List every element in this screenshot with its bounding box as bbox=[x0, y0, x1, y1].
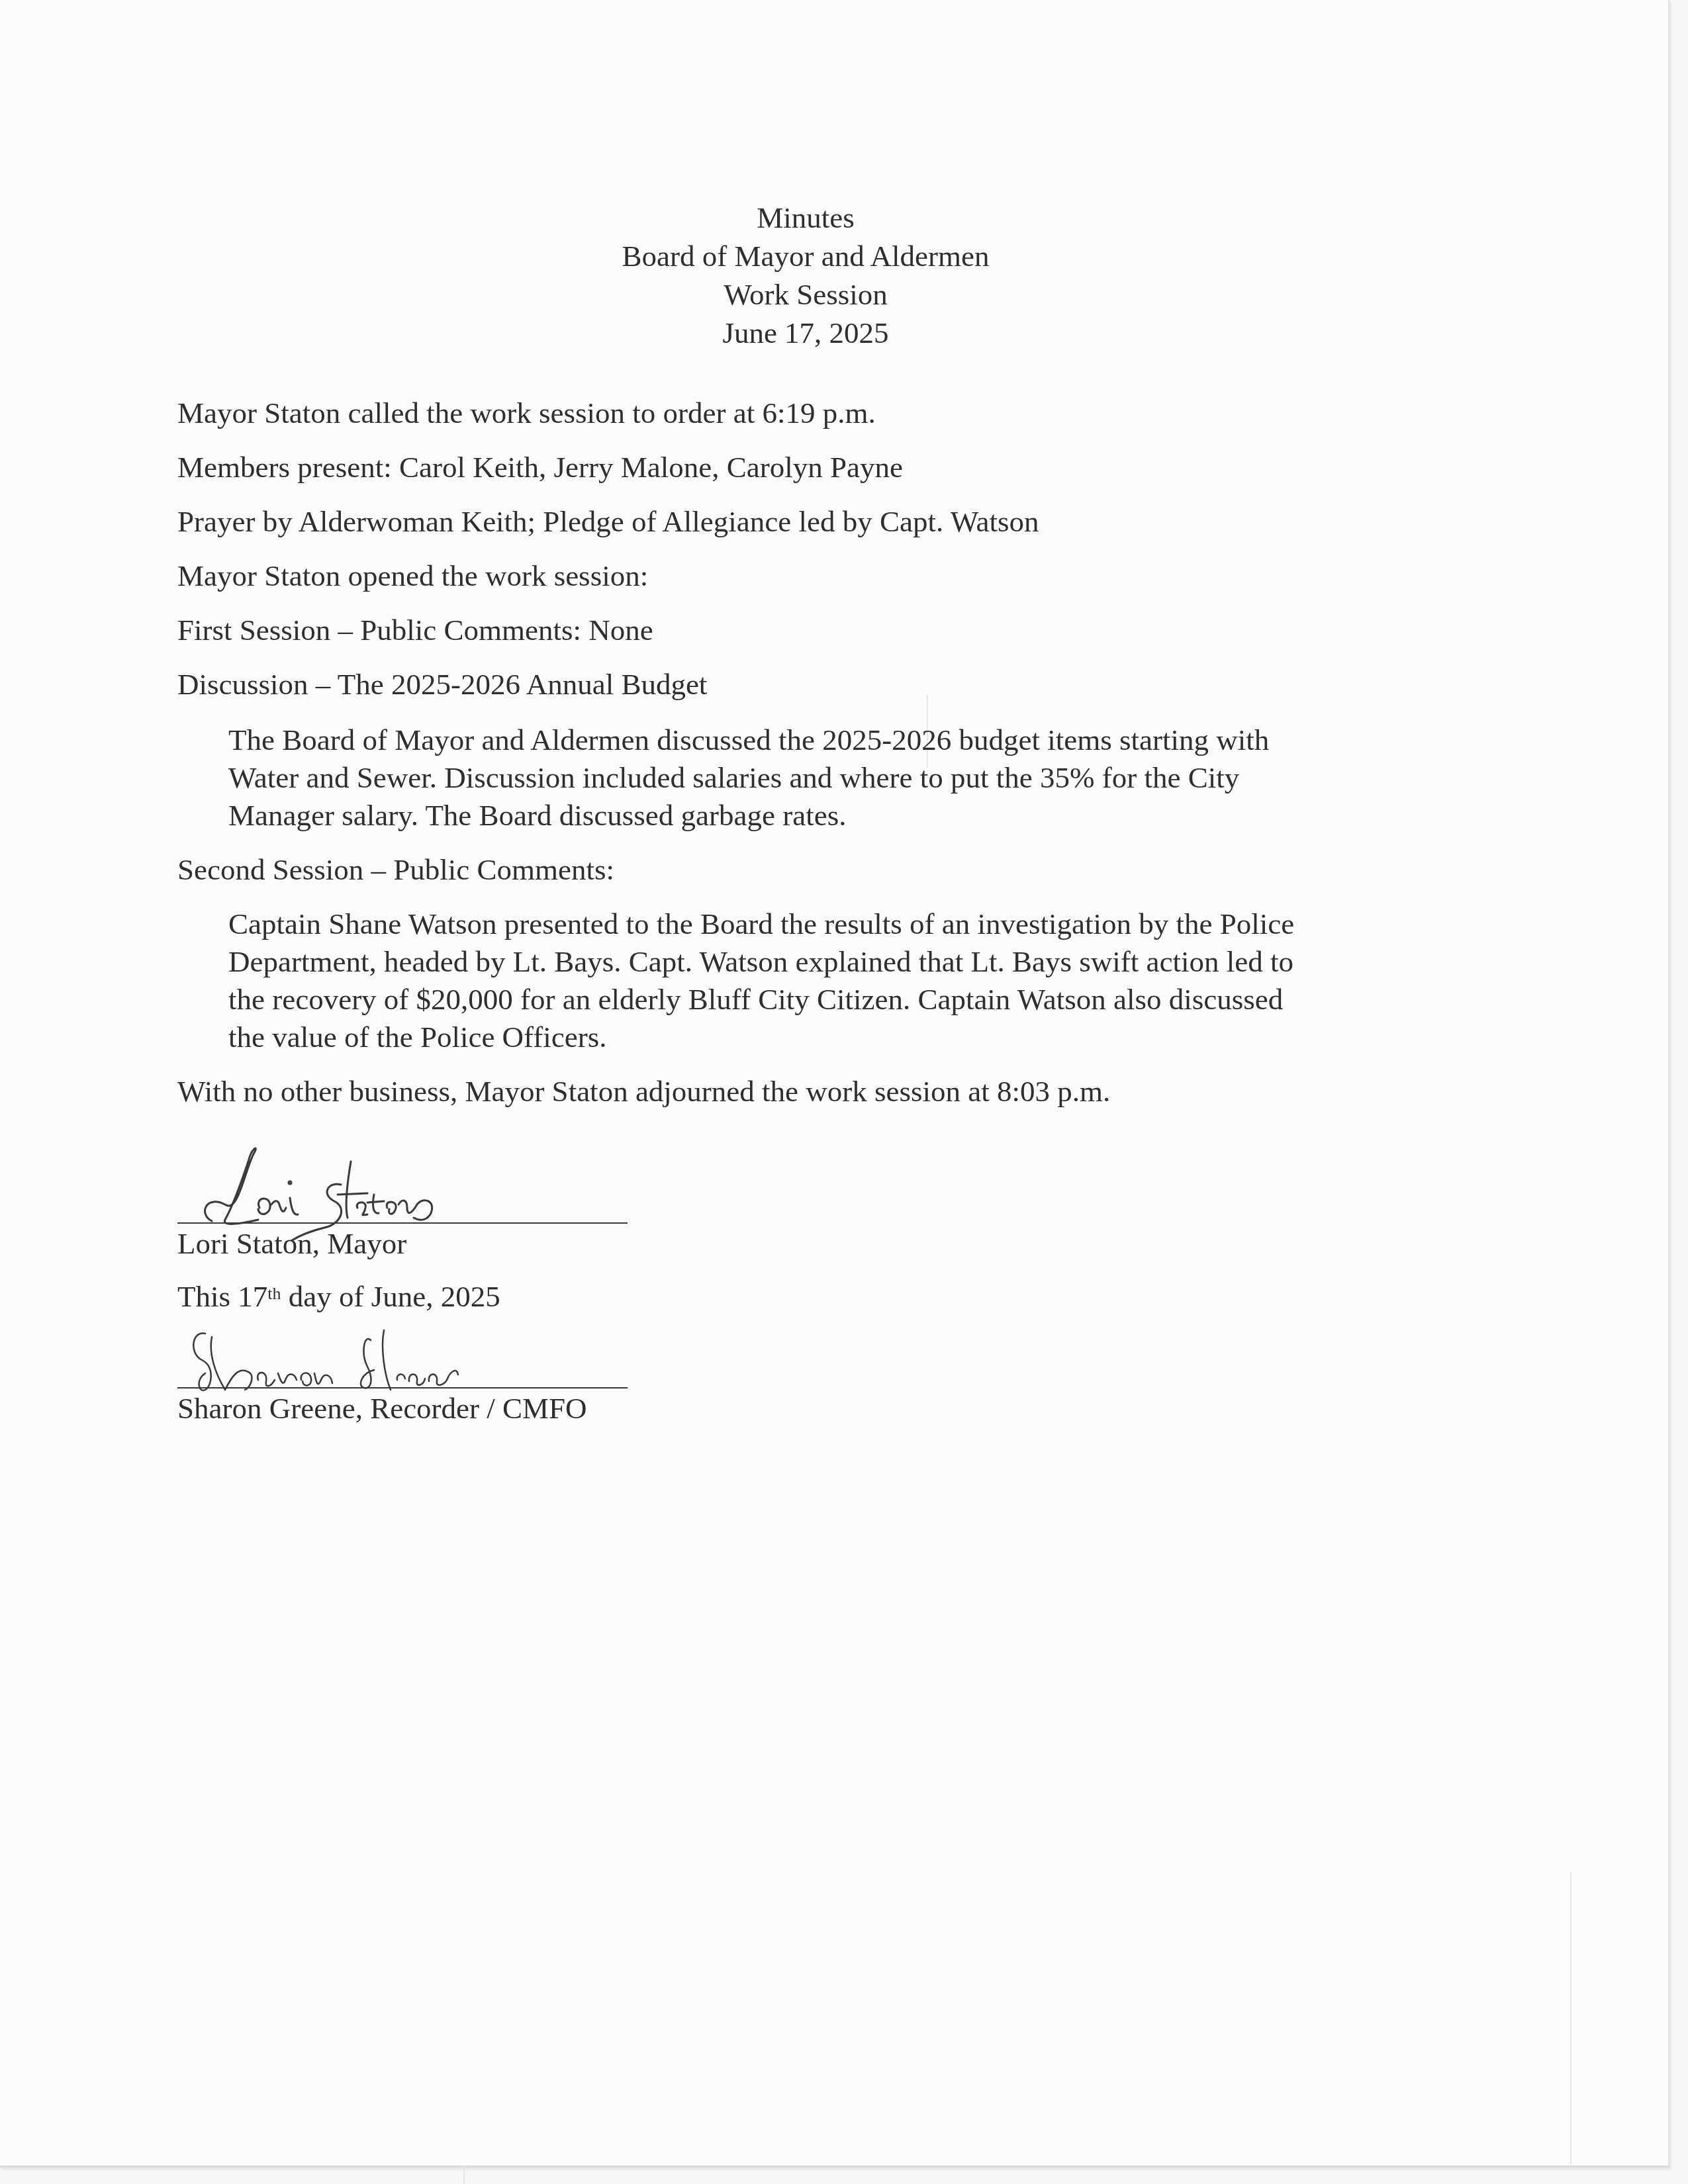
date-suffix: day of June, 2025 bbox=[281, 1280, 500, 1313]
call-to-order: Mayor Staton called the work session to … bbox=[177, 394, 876, 432]
adjournment: With no other business, Mayor Staton adj… bbox=[177, 1072, 1110, 1111]
recorder-signature-line bbox=[177, 1387, 628, 1388]
discussion-paragraph: The Board of Mayor and Aldermen discusse… bbox=[228, 721, 1440, 835]
paragraph-line: the recovery of $20,000 for an elderly B… bbox=[228, 981, 1440, 1019]
header-title: Minutes bbox=[0, 199, 1611, 237]
paragraph-line: Captain Shane Watson presented to the Bo… bbox=[228, 905, 1440, 943]
recorder-name-title: Sharon Greene, Recorder / CMFO bbox=[177, 1389, 587, 1428]
header-session-type: Work Session bbox=[0, 275, 1611, 314]
paragraph-line: the value of the Police Officers. bbox=[228, 1019, 1440, 1056]
scan-artifact-line bbox=[463, 2165, 465, 2184]
mayor-signature-line bbox=[177, 1222, 628, 1224]
mayor-name-title: Lori Staton, Mayor bbox=[177, 1224, 406, 1263]
first-session-heading: First Session – Public Comments: None bbox=[177, 611, 653, 649]
header-date: June 17, 2025 bbox=[0, 314, 1611, 352]
signature-date-line: This 17th day of June, 2025 bbox=[177, 1277, 500, 1316]
second-session-paragraph: Captain Shane Watson presented to the Bo… bbox=[228, 905, 1440, 1056]
scan-artifact-line bbox=[1570, 1873, 1571, 2164]
prayer-pledge: Prayer by Alderwoman Keith; Pledge of Al… bbox=[177, 502, 1039, 541]
discussion-heading: Discussion – The 2025-2026 Annual Budget bbox=[177, 665, 707, 704]
second-session-heading: Second Session – Public Comments: bbox=[177, 850, 614, 889]
paragraph-line: Manager salary. The Board discussed garb… bbox=[228, 797, 1440, 835]
paragraph-line: Water and Sewer. Discussion included sal… bbox=[228, 759, 1440, 797]
session-opened: Mayor Staton opened the work session: bbox=[177, 557, 648, 595]
document-header: Minutes Board of Mayor and Aldermen Work… bbox=[0, 199, 1611, 352]
document-page: Minutes Board of Mayor and Aldermen Work… bbox=[0, 0, 1669, 2167]
members-present: Members present: Carol Keith, Jerry Malo… bbox=[177, 448, 903, 486]
paragraph-line: Department, headed by Lt. Bays. Capt. Wa… bbox=[228, 943, 1440, 981]
date-prefix: This 17 bbox=[177, 1280, 267, 1313]
paragraph-line: The Board of Mayor and Aldermen discusse… bbox=[228, 721, 1440, 759]
date-superscript: th bbox=[267, 1284, 281, 1303]
header-body-name: Board of Mayor and Aldermen bbox=[0, 237, 1611, 275]
